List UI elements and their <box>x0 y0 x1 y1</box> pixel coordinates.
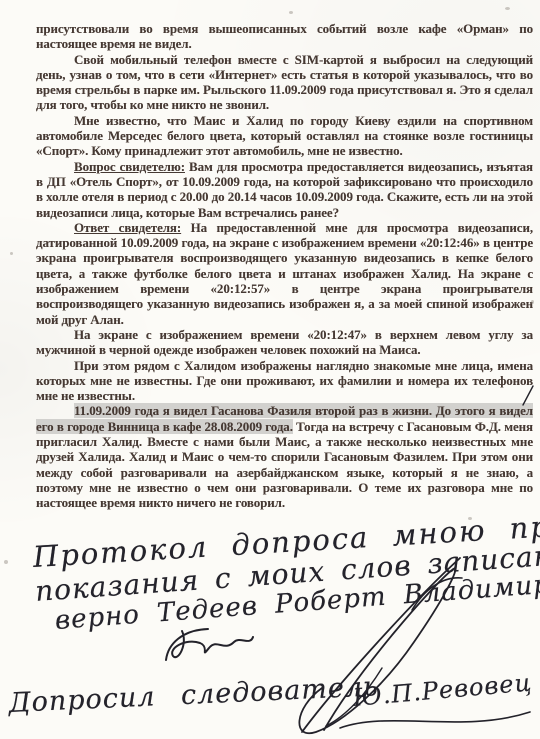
paragraph-question: Вопрос свидетелю: Вам для просмотра пред… <box>36 159 533 220</box>
scan-speck <box>289 11 293 14</box>
pen-slash-mark <box>520 384 536 408</box>
paragraph-screen-time: На экране с изображением времени «20:12:… <box>36 327 533 358</box>
witness-signature <box>158 620 258 672</box>
scan-speck <box>4 560 8 564</box>
signature-underline-flourish <box>336 706 536 736</box>
scan-speck <box>10 252 13 255</box>
paragraph-unknown-persons: При этом рядом с Халидом изображены нагл… <box>36 358 533 404</box>
paragraph-gasanov: 11.09.2009 года я видел Гасанова Фазиля … <box>36 403 533 510</box>
scan-speck <box>505 7 510 10</box>
scan-speck <box>468 517 472 520</box>
paragraph-phone: Свой мобильный телефон вместе с SIM-карт… <box>36 52 533 113</box>
paragraph-mercedes: Мне известно, что Маис и Халид по городу… <box>36 113 533 159</box>
paragraph-continuation: присутствовали во время вышеописанных со… <box>36 21 533 52</box>
paragraph-answer: Ответ свидетеля: На предоставленной мне … <box>36 220 533 327</box>
scan-speck <box>531 300 534 304</box>
typed-text-block: присутствовали во время вышеописанных со… <box>36 21 533 511</box>
answer-text: На предоставленной мне для просмотра вид… <box>36 220 533 327</box>
scanned-document-page: присутствовали во время вышеописанных со… <box>0 0 540 739</box>
question-to-witness-label: Вопрос свидетелю: <box>74 159 185 174</box>
witness-answer-label: Ответ свидетеля: <box>74 220 181 235</box>
